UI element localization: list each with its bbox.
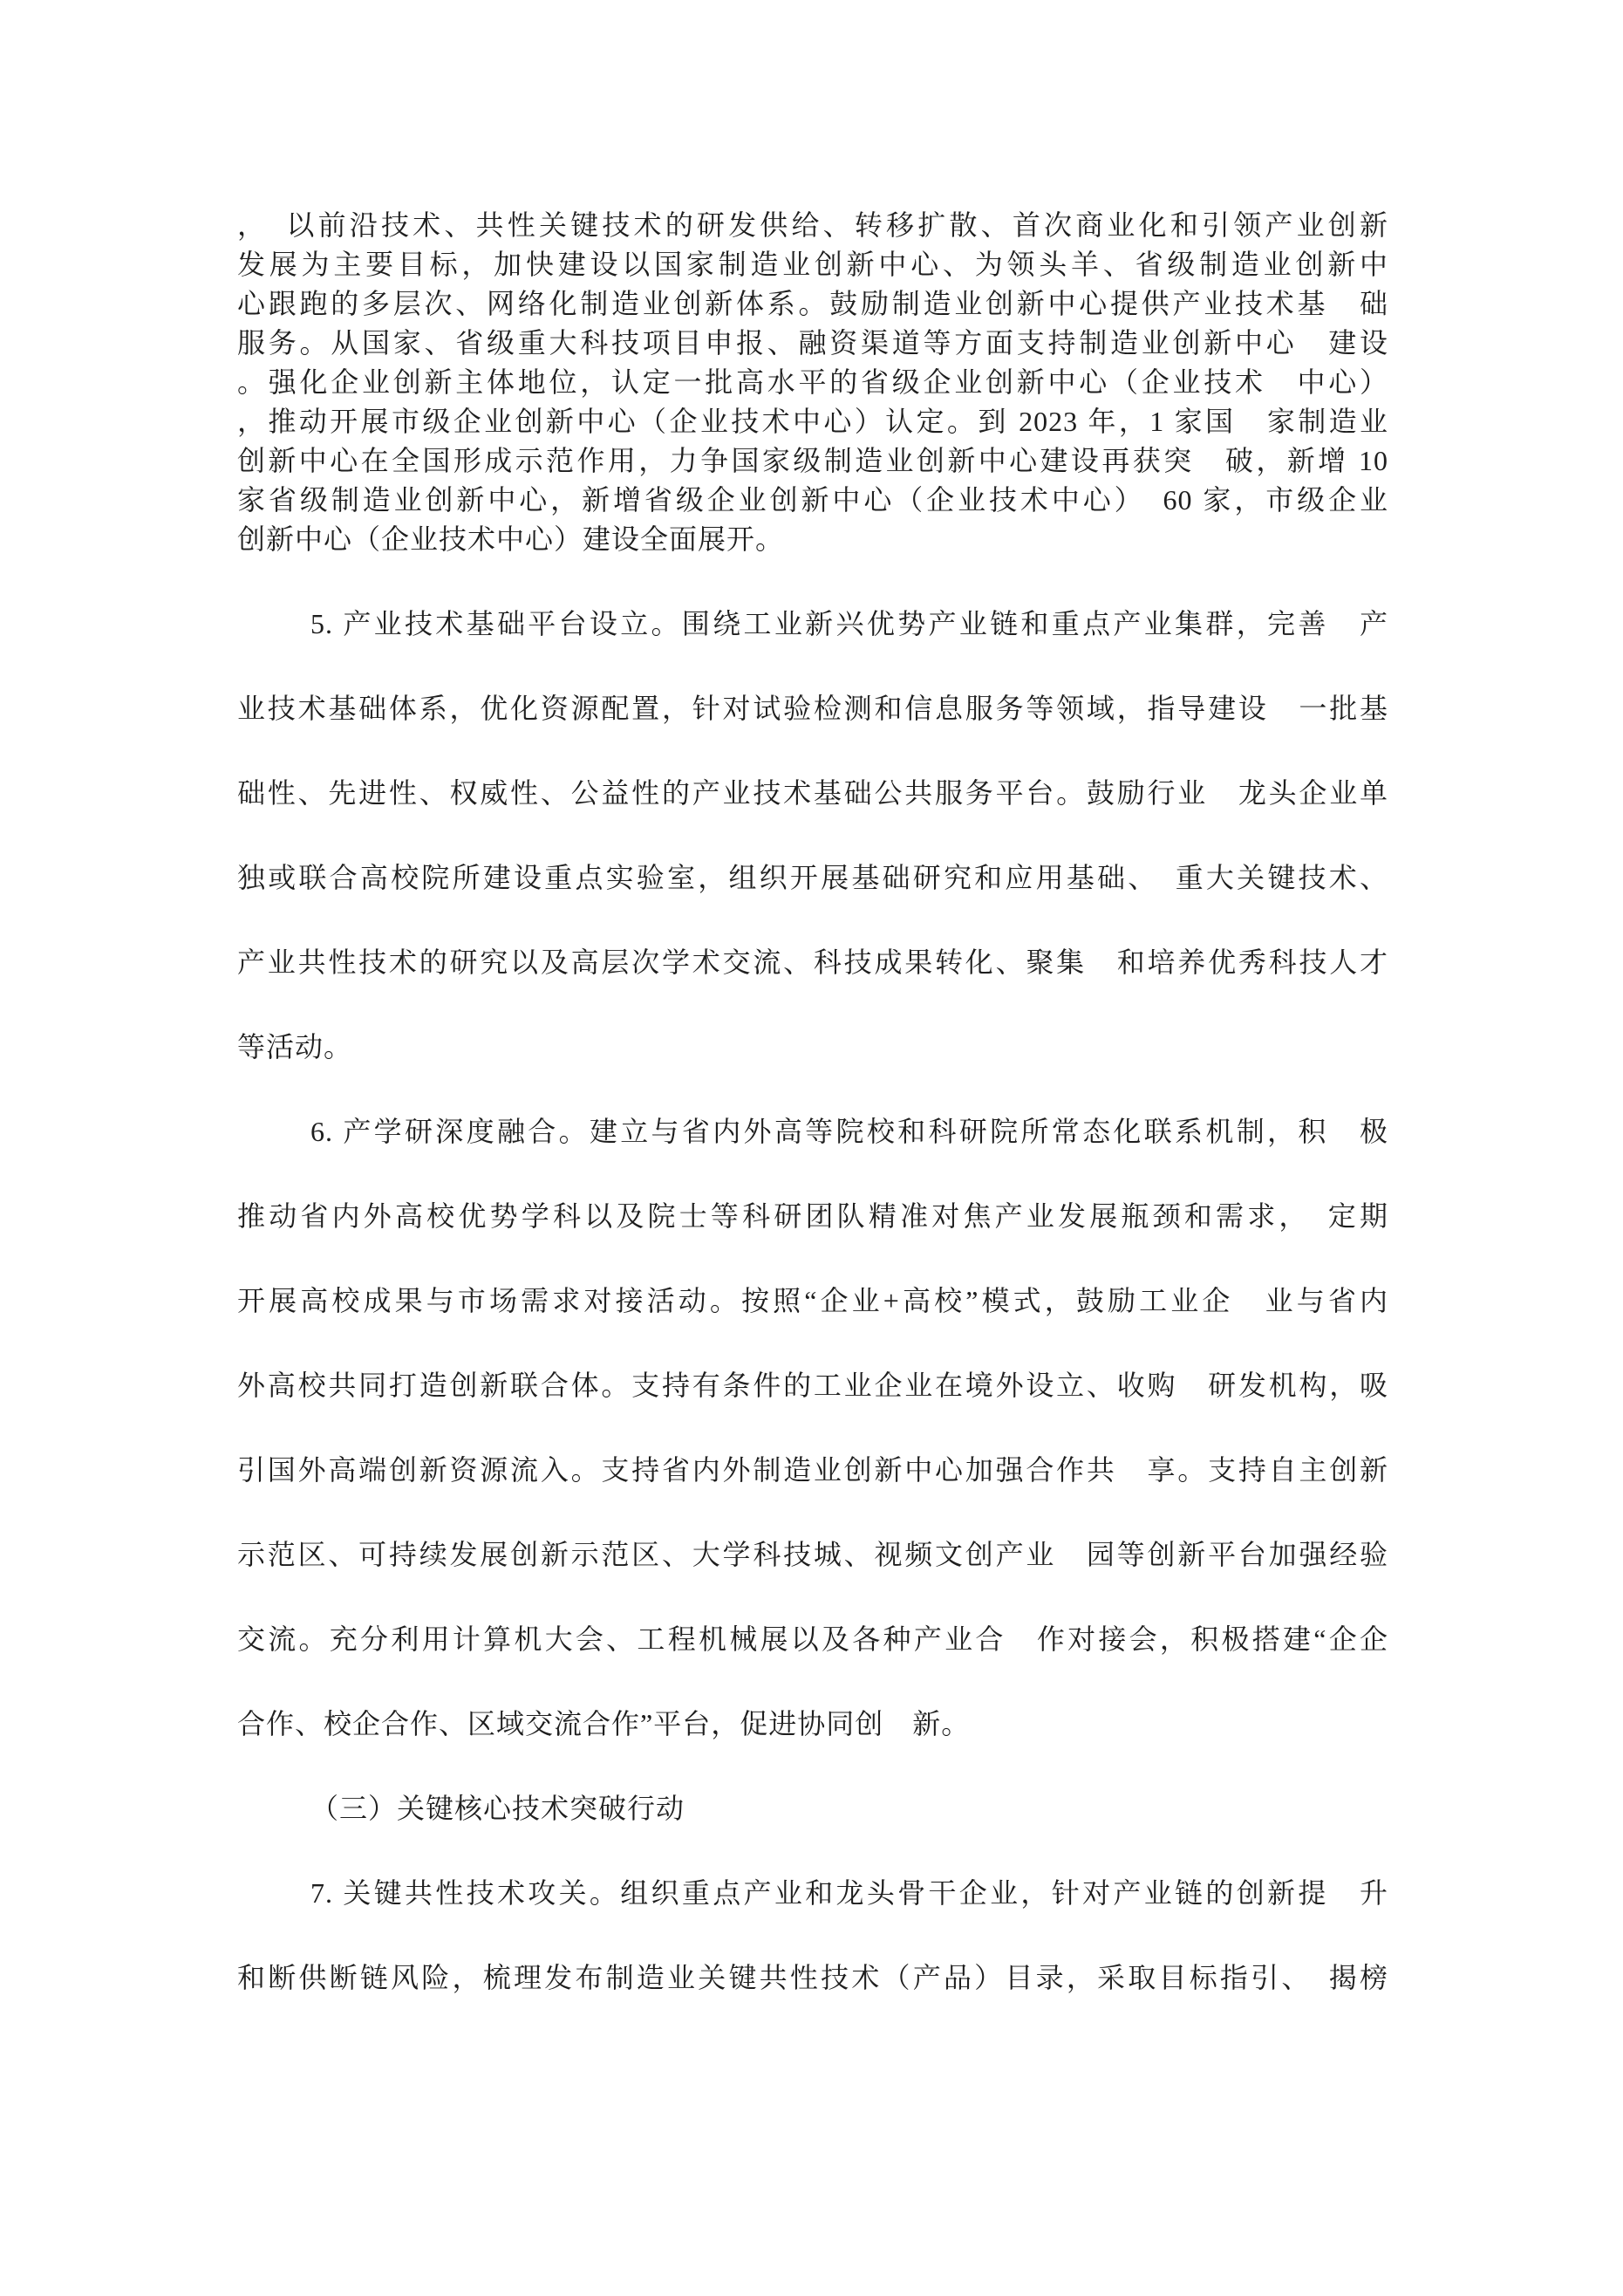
text-line: 创新中心（企业技术中心）建设全面展开。 <box>237 520 1388 559</box>
text-line: 产业共性技术的研究以及高层次学术交流、科技成果转化、聚集 和培养优秀科技人才 <box>237 920 1388 1005</box>
paragraph-5: 5. 产业技术基础平台设立。围绕工业新兴优势产业链和重点产业集群，完善 产 业技… <box>237 582 1388 1090</box>
text-line: ， 以前沿技术、共性关键技术的研发供给、转移扩散、首次商业化和引领产业创新 <box>237 206 1388 245</box>
text-line: 础性、先进性、权威性、公益性的产业技术基础公共服务平台。鼓励行业 龙头企业单 <box>237 751 1388 836</box>
text-line: 创新中心在全国形成示范作用，力争国家级制造业创新中心建设再获突 破，新增 10 <box>237 441 1388 481</box>
paragraph-6: 6. 产学研深度融合。建立与省内外高等院校和科研院所常态化联系机制，积 极 推动… <box>237 1090 1388 1766</box>
text-line: 外高校共同打造创新联合体。支持有条件的工业企业在境外设立、收购 研发机构，吸 <box>237 1343 1388 1428</box>
text-line: 发展为主要目标，加快建设以国家制造业创新中心、为领头羊、省级制造业创新中 <box>237 245 1388 284</box>
text-line: ，推动开展市级企业创新中心（企业技术中心）认定。到 2023 年，1 家国 家制… <box>237 402 1388 441</box>
text-line: 开展高校成果与市场需求对接活动。按照“企业+高校”模式，鼓励工业企 业与省内 <box>237 1259 1388 1343</box>
paragraph-7: 7. 关键共性技术攻关。组织重点产业和龙头骨干企业，针对产业链的创新提 升 和断… <box>237 1851 1388 2020</box>
text-line: 心跟跑的多层次、网络化制造业创新体系。鼓励制造业创新中心提供产业技术基 础 <box>237 284 1388 324</box>
text-line: 和断供断链风险，梳理发布制造业关键共性技术（产品）目录，采取目标指引、 揭榜 <box>237 1936 1388 2020</box>
text-line: 7. 关键共性技术攻关。组织重点产业和龙头骨干企业，针对产业链的创新提 升 <box>237 1851 1388 1936</box>
continued-paragraph: ， 以前沿技术、共性关键技术的研发供给、转移扩散、首次商业化和引领产业创新 发展… <box>237 206 1388 559</box>
text-line: 引国外高端创新资源流入。支持省内外制造业创新中心加强合作共 享。支持自主创新 <box>237 1428 1388 1513</box>
section-heading: （三）关键核心技术突破行动 <box>237 1766 1388 1851</box>
text-line: 交流。充分利用计算机大会、工程机械展以及各种产业合 作对接会，积极搭建“企企 <box>237 1597 1388 1682</box>
text-line: 等活动。 <box>237 1005 1388 1090</box>
text-line: 。强化企业创新主体地位，认定一批高水平的省级企业创新中心（企业技术 中心） <box>237 363 1388 402</box>
text-line: 5. 产业技术基础平台设立。围绕工业新兴优势产业链和重点产业集群，完善 产 <box>237 582 1388 666</box>
document-page: ， 以前沿技术、共性关键技术的研发供给、转移扩散、首次商业化和引领产业创新 发展… <box>0 0 1623 2296</box>
text-line: 独或联合高校院所建设重点实验室，组织开展基础研究和应用基础、 重大关键技术、 <box>237 836 1388 920</box>
text-line: 推动省内外高校优势学科以及院士等科研团队精准对焦产业发展瓶颈和需求， 定期 <box>237 1174 1388 1259</box>
text-line: 合作、校企合作、区域交流合作”平台，促进协同创 新。 <box>237 1682 1388 1766</box>
text-line: 业技术基础体系，优化资源配置，针对试验检测和信息服务等领域，指导建设 一批基 <box>237 666 1388 751</box>
text-line: 家省级制造业创新中心，新增省级企业创新中心（企业技术中心） 60 家，市级企业 <box>237 481 1388 520</box>
text-line: 示范区、可持续发展创新示范区、大学科技城、视频文创产业 园等创新平台加强经验 <box>237 1513 1388 1597</box>
text-line: 服务。从国家、省级重大科技项目申报、融资渠道等方面支持制造业创新中心 建设 <box>237 324 1388 363</box>
text-line: 6. 产学研深度融合。建立与省内外高等院校和科研院所常态化联系机制，积 极 <box>237 1090 1388 1174</box>
